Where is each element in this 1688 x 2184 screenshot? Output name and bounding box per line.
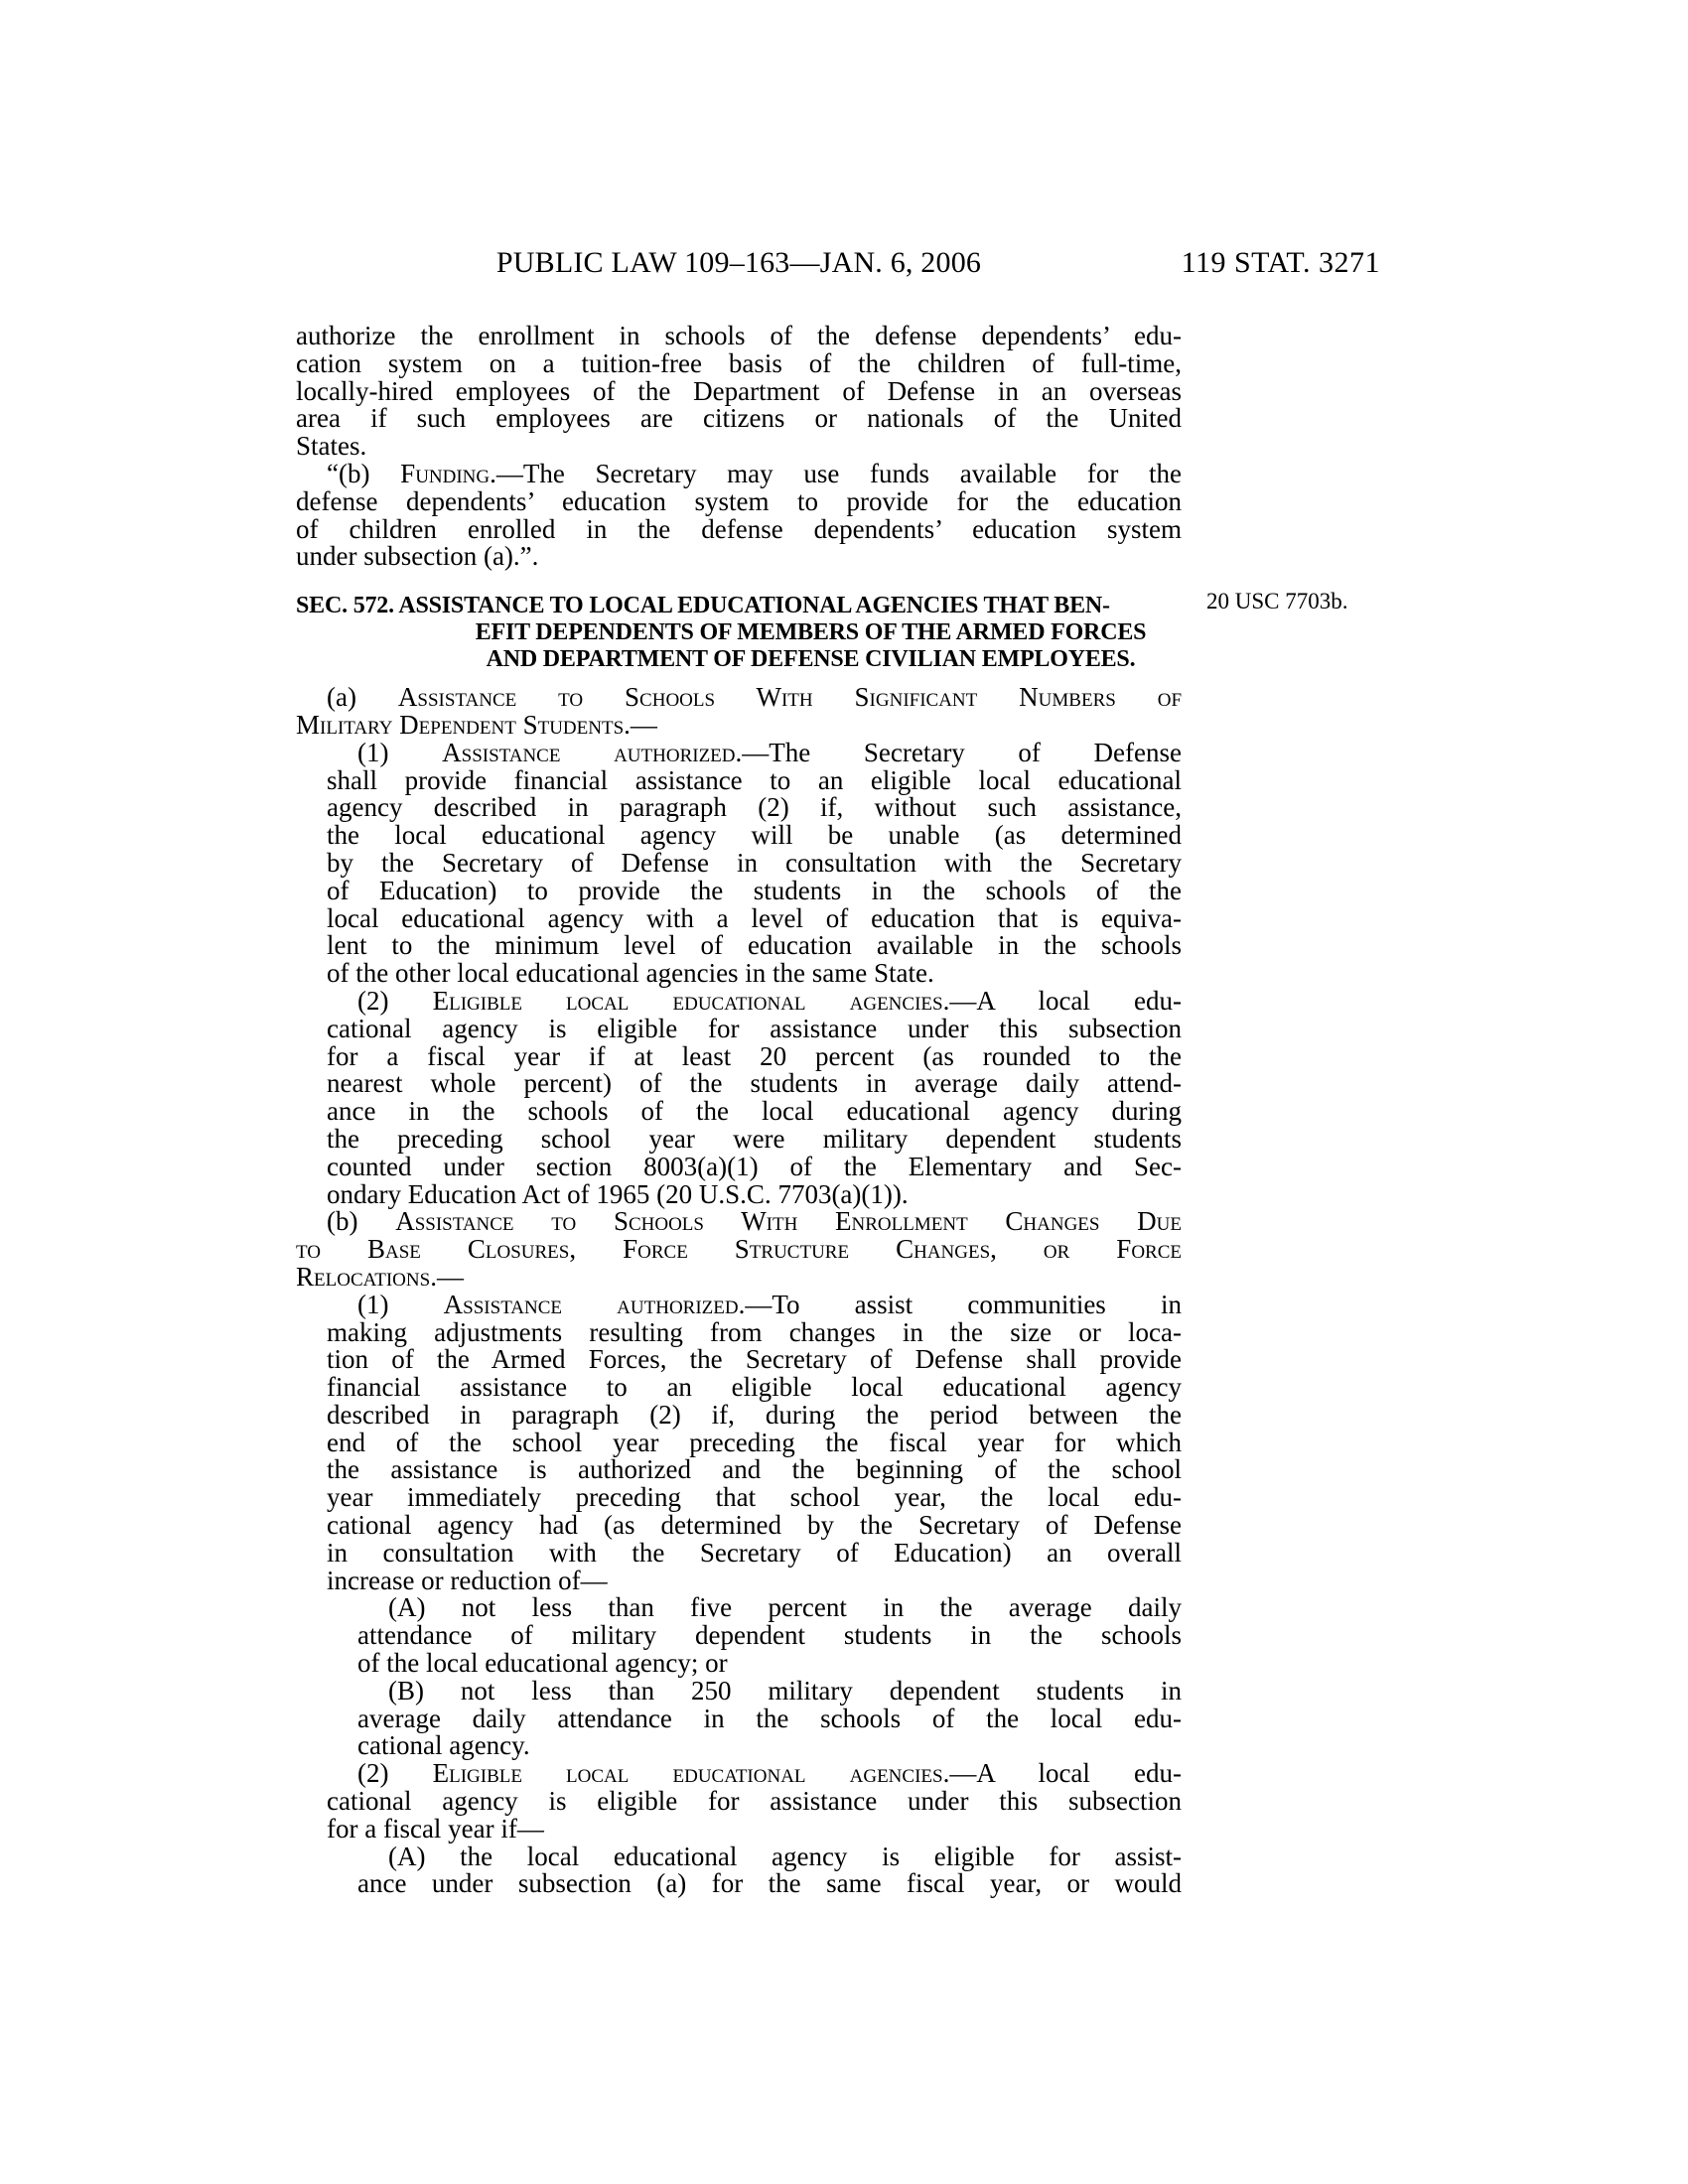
text-line: authorize the enrollment in schools of t… — [296, 323, 1182, 350]
text-line: local educational agency with a level of… — [296, 905, 1182, 933]
text-line: of the other local educational agencies … — [296, 960, 1182, 988]
text-line: under subsection (a).”. — [296, 543, 1182, 571]
text-line: (2) Eligible local educational agencies.… — [296, 988, 1182, 1016]
text-line: making adjustments resulting from change… — [296, 1319, 1182, 1347]
text-line: of children enrolled in the defense depe… — [296, 516, 1182, 544]
text-line: Relocations.— — [296, 1264, 1182, 1292]
paragraph: (2) Eligible local educational agencies.… — [296, 988, 1182, 1208]
text-line: locally-hired employees of the Departmen… — [296, 378, 1182, 406]
paragraph: authorize the enrollment in schools of t… — [296, 323, 1182, 461]
statute-page: PUBLIC LAW 109–163—JAN. 6, 2006 119 STAT… — [0, 0, 1688, 2184]
text-line: for a fiscal year if at least 20 percent… — [296, 1043, 1182, 1071]
text-line: cational agency is eligible for assistan… — [296, 1016, 1182, 1043]
text-line: (1) Assistance authorized.—The Secretary… — [296, 740, 1182, 767]
paragraph: (B) not less than 250 military dependent… — [296, 1678, 1182, 1760]
section-heading-line: AND DEPARTMENT OF DEFENSE CIVILIAN EMPLO… — [440, 646, 1182, 673]
text-line: attendance of military dependent student… — [296, 1622, 1182, 1650]
text-line: to Base Closures, Force Structure Change… — [296, 1236, 1182, 1264]
text-line: area if such employees are citizens or n… — [296, 405, 1182, 433]
text-line: ance under subsection (a) for the same f… — [296, 1870, 1182, 1898]
text-line: of the local educational agency; or — [296, 1650, 1182, 1678]
text-line: by the Secretary of Defense in consultat… — [296, 850, 1182, 878]
text-line: year immediately preceding that school y… — [296, 1484, 1182, 1512]
text-line: the assistance is authorized and the beg… — [296, 1456, 1182, 1484]
text-line: described in paragraph (2) if, during th… — [296, 1402, 1182, 1430]
text-line: end of the school year preceding the fis… — [296, 1430, 1182, 1457]
intro-paragraphs: authorize the enrollment in schools of t… — [296, 323, 1182, 571]
text-line: cational agency had (as determined by th… — [296, 1512, 1182, 1540]
paragraph: (b) Assistance to Schools With Enrollmen… — [296, 1208, 1182, 1291]
paragraph: (1) Assistance authorized.—To assist com… — [296, 1292, 1182, 1595]
paragraph: (A) the local educational agency is elig… — [296, 1843, 1182, 1899]
paragraph: (A) not less than five percent in the av… — [296, 1594, 1182, 1677]
text-line: (A) the local educational agency is elig… — [296, 1843, 1182, 1871]
text-line: shall provide financial assistance to an… — [296, 767, 1182, 795]
text-line: defense dependents’ education system to … — [296, 488, 1182, 516]
text-line: “(b) Funding.—The Secretary may use fund… — [296, 461, 1182, 488]
text-line: financial assistance to an eligible loca… — [296, 1374, 1182, 1402]
text-line: ondary Education Act of 1965 (20 U.S.C. … — [296, 1181, 1182, 1209]
section-heading-line: EFIT DEPENDENTS OF MEMBERS OF THE ARMED … — [440, 619, 1182, 646]
law-title: PUBLIC LAW 109–163—JAN. 6, 2006 — [296, 246, 1182, 280]
text-line: average daily attendance in the schools … — [296, 1706, 1182, 1733]
text-line: nearest whole percent) of the students i… — [296, 1070, 1182, 1098]
text-line: (a) Assistance to Schools With Significa… — [296, 684, 1182, 712]
text-line: the local educational agency will be una… — [296, 822, 1182, 850]
paragraph: (a) Assistance to Schools With Significa… — [296, 684, 1182, 740]
text-line: Military Dependent Students.— — [296, 712, 1182, 740]
text-line: (B) not less than 250 military dependent… — [296, 1678, 1182, 1706]
text-line: lent to the minimum level of education a… — [296, 932, 1182, 960]
text-line: cational agency. — [296, 1732, 1182, 1760]
text-line: cational agency is eligible for assistan… — [296, 1788, 1182, 1816]
text-line: (2) Eligible local educational agencies.… — [296, 1760, 1182, 1788]
paragraph: (2) Eligible local educational agencies.… — [296, 1760, 1182, 1843]
text-line: agency described in paragraph (2) if, wi… — [296, 794, 1182, 822]
statute-text-column: authorize the enrollment in schools of t… — [296, 323, 1182, 1898]
section-heading: SEC. 572. ASSISTANCE TO LOCAL EDUCATIONA… — [296, 593, 1182, 673]
text-line: of Education) to provide the students in… — [296, 878, 1182, 905]
usc-margin-note: 20 USC 7703b. — [1206, 588, 1425, 614]
section-heading-line: SEC. 572. ASSISTANCE TO LOCAL EDUCATIONA… — [296, 593, 1182, 619]
text-line: for a fiscal year if— — [296, 1816, 1182, 1843]
text-line: tion of the Armed Forces, the Secretary … — [296, 1346, 1182, 1374]
text-line: (A) not less than five percent in the av… — [296, 1594, 1182, 1622]
text-line: increase or reduction of— — [296, 1568, 1182, 1595]
body-paragraphs: (a) Assistance to Schools With Significa… — [296, 684, 1182, 1898]
text-line: counted under section 8003(a)(1) of the … — [296, 1154, 1182, 1181]
text-line: (b) Assistance to Schools With Enrollmen… — [296, 1208, 1182, 1236]
text-line: ance in the schools of the local educati… — [296, 1098, 1182, 1126]
paragraph: “(b) Funding.—The Secretary may use fund… — [296, 461, 1182, 571]
stat-page-number: 119 STAT. 3271 — [1182, 246, 1380, 280]
running-header: PUBLIC LAW 109–163—JAN. 6, 2006 119 STAT… — [296, 246, 1380, 286]
paragraph: (1) Assistance authorized.—The Secretary… — [296, 740, 1182, 988]
text-line: in consultation with the Secretary of Ed… — [296, 1540, 1182, 1568]
text-line: cation system on a tuition-free basis of… — [296, 350, 1182, 378]
text-line: (1) Assistance authorized.—To assist com… — [296, 1292, 1182, 1319]
text-line: the preceding school year were military … — [296, 1126, 1182, 1154]
text-line: States. — [296, 433, 1182, 461]
